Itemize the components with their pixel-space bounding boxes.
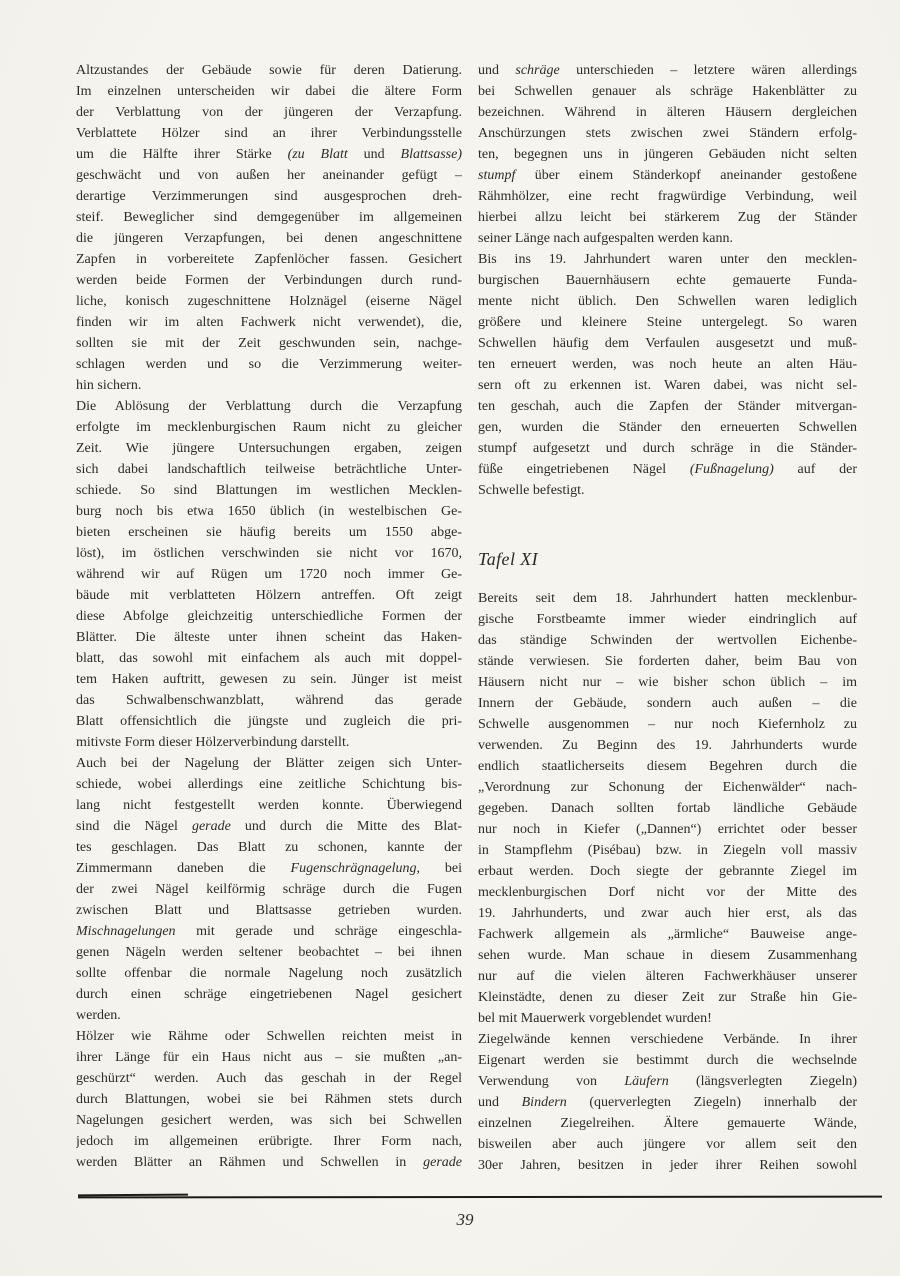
- body-text: erbaut werden. Doch siegte der gebrannte…: [478, 864, 857, 879]
- text-line: nur auf die vielen älteren Fachwerkhäuse…: [478, 966, 857, 987]
- body-text: sich dabei landschaftlich teilweise betr…: [76, 462, 462, 477]
- text-line: und Bindern (querverlegten Ziegeln) inne…: [478, 1092, 857, 1113]
- text-line: Zimmermann daneben die Fugenschrägnagelu…: [76, 858, 462, 879]
- text-line: steif. Beweglicher sind demgegenüber im …: [76, 207, 462, 228]
- body-text: bel mit Mauerwerk vorgeblendet wurden!: [478, 1011, 712, 1026]
- body-text: ten erneuert werden, was noch heute an a…: [478, 357, 857, 372]
- text-line: nur noch in Kiefer („Dannen“) errichtet …: [478, 819, 857, 840]
- paragraph: Altzustandes der Gebäude sowie für deren…: [76, 60, 462, 396]
- body-text: einzelnen Ziegelreihen. Ältere gemauerte…: [478, 1116, 857, 1131]
- body-text: das ständige Schwinden der wertvollen Ei…: [478, 633, 857, 648]
- text-line: Häusern nicht nur – wie bisher schon übl…: [478, 672, 857, 693]
- body-text: sehen wurde. Man schaue in diesem Zusamm…: [478, 948, 857, 963]
- body-text: burgischen Bauernhäusern echte gemauerte…: [478, 273, 857, 288]
- body-text: sind die Nägel: [76, 819, 192, 834]
- text-line: sollte offenbar die normale Nagelung noc…: [76, 963, 462, 984]
- body-text: Rähmhölzer, eine recht fragwürdige Verbi…: [478, 189, 857, 204]
- body-text: Bis ins 19. Jahrhundert waren unter den …: [478, 252, 857, 267]
- text-line: „Verordnung zur Schonung der Eichenwälde…: [478, 777, 857, 798]
- text-line: burg noch bis etwa 1650 üblich (in weste…: [76, 501, 462, 522]
- body-text: nur auf die vielen älteren Fachwerkhäuse…: [478, 969, 857, 984]
- text-line: das ständige Schwinden der wertvollen Ei…: [478, 630, 857, 651]
- body-text: Im einzelnen unterscheiden wir dabei die…: [76, 84, 462, 99]
- text-line: burgischen Bauernhäusern echte gemauerte…: [478, 270, 857, 291]
- body-text: Schwelle befestigt.: [478, 483, 585, 498]
- body-text: sollte offenbar die normale Nagelung noc…: [76, 966, 462, 981]
- text-line: Mischnagelungen mit gerade und schräge e…: [76, 921, 462, 942]
- body-text: bäude mit verblatteten Hölzern antreffen…: [76, 588, 462, 603]
- text-line: werden.: [76, 1005, 462, 1026]
- text-line: Zeit. Wie jüngere Untersuchungen ergaben…: [76, 438, 462, 459]
- paragraph: Hölzer wie Rähme oder Schwellen reichten…: [76, 1026, 462, 1173]
- paragraph: Ziegelwände kennen verschiedene Verbände…: [478, 1029, 857, 1176]
- text-line: stände verwiesen. Sie forderten daher, b…: [478, 651, 857, 672]
- body-text: ten geschah, auch die Zapfen der Ständer…: [478, 399, 857, 414]
- body-text: Ziegelwände kennen verschiedene Verbände…: [478, 1032, 857, 1047]
- body-text: über einem Ständerkopf aneinander gestoß…: [515, 168, 857, 183]
- text-line: werden Blätter an Rähmen und Schwellen i…: [76, 1152, 462, 1173]
- text-line: Ziegelwände kennen verschiedene Verbände…: [478, 1029, 857, 1050]
- page-number: 39: [430, 1210, 500, 1230]
- text-line: löst), im östlichen verschwinden sie nic…: [76, 543, 462, 564]
- body-text: schlagen werden und so die Verzimmerung …: [76, 357, 462, 372]
- body-text: gische Forstbeamte immer wieder eindring…: [478, 612, 857, 627]
- text-line: sollten sie mit der Zeit geschwunden sei…: [76, 333, 462, 354]
- body-text: gegeben. Danach sollten fortab ländliche…: [478, 801, 857, 816]
- body-text: Kleinstädte, denen zu dieser Zeit zur St…: [478, 990, 857, 1005]
- body-text: schiede, wobei allerdings eine zeitliche…: [76, 777, 462, 792]
- text-line: Schwelle befestigt.: [478, 480, 857, 501]
- text-line: 19. Jahrhunderts, und zwar auch hier ers…: [478, 903, 857, 924]
- body-text: das Schwalbenschwanzblatt, während das g…: [76, 693, 462, 708]
- text-line: der zwei Nägel keilförmig schräge durch …: [76, 879, 462, 900]
- text-line: Anschürzungen stets zwischen zwei Stände…: [478, 123, 857, 144]
- text-line: sehen wurde. Man schaue in diesem Zusamm…: [478, 945, 857, 966]
- body-text: steif. Beweglicher sind demgegenüber im …: [76, 210, 462, 225]
- right-column: und schräge unterschieden – letztere wär…: [478, 60, 857, 1176]
- body-text: und: [348, 147, 401, 162]
- text-line: sern oft zu erkennen ist. Waren dabei, w…: [478, 375, 857, 396]
- left-column: Altzustandes der Gebäude sowie für deren…: [76, 60, 462, 1173]
- body-text: die jüngeren Verzapfungen, bei denen ang…: [76, 231, 462, 246]
- body-text: Schwellen häufig dem Verfaulen ausgesetz…: [478, 336, 857, 351]
- body-text: 19. Jahrhunderts, und zwar auch hier ers…: [478, 906, 857, 921]
- text-line: diese Abfolge gleichzeitig unterschiedli…: [76, 606, 462, 627]
- text-line: blatt, das sowohl mit einfachem als auch…: [76, 648, 462, 669]
- italic-text: Läufern: [624, 1074, 668, 1089]
- text-line: in Stampflehm (Pisébau) bzw. in Ziegeln …: [478, 840, 857, 861]
- text-line: mitivste Form dieser Hölzerverbindung da…: [76, 732, 462, 753]
- text-line: stumpf über einem Ständerkopf aneinander…: [478, 165, 857, 186]
- paragraph: Bereits seit dem 18. Jahrhundert hatten …: [478, 588, 857, 1029]
- text-line: bäude mit verblatteten Hölzern antreffen…: [76, 585, 462, 606]
- text-line: hin sichern.: [76, 375, 462, 396]
- italic-text: (zu Blatt: [288, 147, 348, 162]
- body-text: Häusern nicht nur – wie bisher schon übl…: [478, 675, 857, 690]
- body-text: bei Schwellen genauer als schräge Hakenb…: [478, 84, 857, 99]
- text-line: Eigenart werden sie bestimmt durch die w…: [478, 1050, 857, 1071]
- text-line: gen, wurden die Ständer den erneuerten S…: [478, 417, 857, 438]
- italic-text: Fugenschrägnagelung: [291, 861, 417, 876]
- body-text: sern oft zu erkennen ist. Waren dabei, w…: [478, 378, 857, 393]
- text-line: schiede. So sind Blattungen im westliche…: [76, 480, 462, 501]
- text-line: Schwelle ausgenommen – nur noch Kiefernh…: [478, 714, 857, 735]
- body-text: derartige Verzimmerungen sind ausgesproc…: [76, 189, 462, 204]
- body-text: tes geschlagen. Das Blatt zu schonen, ka…: [76, 840, 462, 855]
- paragraph: Bis ins 19. Jahrhundert waren unter den …: [478, 249, 857, 501]
- paragraph: und schräge unterschieden – letztere wär…: [478, 60, 857, 249]
- body-text: genen Nägeln werden seltener beobachtet …: [76, 945, 462, 960]
- body-text: (längsverlegten Ziegeln): [669, 1074, 857, 1089]
- text-line: gische Forstbeamte immer wieder eindring…: [478, 609, 857, 630]
- text-line: jedoch im allgemeinen erübrigte. Ihrer F…: [76, 1131, 462, 1152]
- body-text: löst), im östlichen verschwinden sie nic…: [76, 546, 462, 561]
- body-text: bezeichnen. Während in älteren Häusern d…: [478, 105, 857, 120]
- body-text: Auch bei der Nagelung der Blätter zeigen…: [76, 756, 462, 771]
- text-line: endlich staatlicherseits diesem Begehren…: [478, 756, 857, 777]
- text-line: werden beide Formen der Verbindungen dur…: [76, 270, 462, 291]
- text-line: ten, begegnen uns in jüngeren Gebäuden n…: [478, 144, 857, 165]
- text-line: Zapfen in vorbereitete Zapfenlöcher fass…: [76, 249, 462, 270]
- body-text: 30er Jahren, besitzen in jeder ihrer Rei…: [478, 1158, 857, 1173]
- body-text: Nagelungen gesichert werden, was sich be…: [76, 1113, 462, 1128]
- italic-text: Mischnagelungen: [76, 924, 176, 939]
- body-text: Verblattete Hölzer sind an ihrer Verbind…: [76, 126, 462, 141]
- text-line: füße eingetriebenen Nägel (Fußnagelung) …: [478, 459, 857, 480]
- body-text: auf der: [774, 462, 857, 477]
- body-text: Schwelle ausgenommen – nur noch Kiefernh…: [478, 717, 857, 732]
- text-line: das Schwalbenschwanzblatt, während das g…: [76, 690, 462, 711]
- italic-text: stumpf: [478, 168, 515, 183]
- body-text: mente nicht üblich. Den Schwellen waren …: [478, 294, 857, 309]
- body-text: Zeit. Wie jüngere Untersuchungen ergaben…: [76, 441, 462, 456]
- text-line: Blätter. Die älteste unter ihnen scheint…: [76, 627, 462, 648]
- body-text: Altzustandes der Gebäude sowie für deren…: [76, 63, 462, 78]
- text-line: sich dabei landschaftlich teilweise betr…: [76, 459, 462, 480]
- text-line: Innern der Gebäude, sondern auch außen –…: [478, 693, 857, 714]
- text-line: bel mit Mauerwerk vorgeblendet wurden!: [478, 1008, 857, 1029]
- text-line: gegeben. Danach sollten fortab ländliche…: [478, 798, 857, 819]
- body-text: zwischen Blatt und Blattsasse getrieben …: [76, 903, 462, 918]
- text-line: tes geschlagen. Das Blatt zu schonen, ka…: [76, 837, 462, 858]
- body-text: werden Blätter an Rähmen und Schwellen i…: [76, 1155, 423, 1170]
- paragraph: Auch bei der Nagelung der Blätter zeigen…: [76, 753, 462, 1026]
- text-line: ten erneuert werden, was noch heute an a…: [478, 354, 857, 375]
- body-text: schiede. So sind Blattungen im westliche…: [76, 483, 462, 498]
- body-text: füße eingetriebenen Nägel: [478, 462, 690, 477]
- body-text: durch Blattungen, wobei sie bei Rähmen s…: [76, 1092, 462, 1107]
- body-text: werden beide Formen der Verbindungen dur…: [76, 273, 462, 288]
- body-text: um die Hälfte ihrer Stärke: [76, 147, 288, 162]
- body-text: werden.: [76, 1008, 121, 1023]
- body-text: mecklenburgischen Dorf nicht vor der Mit…: [478, 885, 857, 900]
- body-text: unterschieden – letztere wären allerding…: [560, 63, 857, 78]
- italic-text: Bindern: [522, 1095, 567, 1110]
- body-text: geschürzt“ werden. Auch das geschah in d…: [76, 1071, 462, 1086]
- body-text: finden wir im alten Fachwerk nicht verwe…: [76, 315, 462, 330]
- body-text: Eigenart werden sie bestimmt durch die w…: [478, 1053, 857, 1068]
- text-line: sind die Nägel gerade und durch die Mitt…: [76, 816, 462, 837]
- body-text: und: [478, 63, 515, 78]
- text-line: Auch bei der Nagelung der Blätter zeigen…: [76, 753, 462, 774]
- text-line: mente nicht üblich. Den Schwellen waren …: [478, 291, 857, 312]
- body-text: geschwächt und von außen her aneinander …: [76, 168, 462, 183]
- body-text: der zwei Nägel keilförmig schräge durch …: [76, 882, 462, 897]
- body-text: mit gerade und schräge eingeschla-: [176, 924, 462, 939]
- book-page: Altzustandes der Gebäude sowie für deren…: [0, 0, 900, 1276]
- text-line: liche, konisch zugeschnittene Holznägel …: [76, 291, 462, 312]
- text-line: ihrer Länge für ein Haus nicht aus – sie…: [76, 1047, 462, 1068]
- text-line: stumpf aufgesetzt und durch schräge in d…: [478, 438, 857, 459]
- body-text: liche, konisch zugeschnittene Holznägel …: [76, 294, 462, 309]
- text-line: Schwellen häufig dem Verfaulen ausgesetz…: [478, 333, 857, 354]
- body-text: hin sichern.: [76, 378, 141, 393]
- text-line: während wir auf Rügen um 1720 noch immer…: [76, 564, 462, 585]
- text-line: Verwendung von Läufern (längsverlegten Z…: [478, 1071, 857, 1092]
- text-line: bei Schwellen genauer als schräge Hakenb…: [478, 81, 857, 102]
- body-text: (querverlegten Ziegeln) innerhalb der: [567, 1095, 857, 1110]
- text-line: verwenden. Zu Beginn des 19. Jahrhundert…: [478, 735, 857, 756]
- text-line: Kleinstädte, denen zu dieser Zeit zur St…: [478, 987, 857, 1008]
- footer-rule: [78, 1196, 882, 1199]
- text-line: Nagelungen gesichert werden, was sich be…: [76, 1110, 462, 1131]
- text-line: hierbei allzu leicht bei stärkerem Zug d…: [478, 207, 857, 228]
- body-text: ihrer Länge für ein Haus nicht aus – sie…: [76, 1050, 462, 1065]
- body-text: verwenden. Zu Beginn des 19. Jahrhundert…: [478, 738, 857, 753]
- text-line: geschwächt und von außen her aneinander …: [76, 165, 462, 186]
- text-line: größere und kleinere Steine untergelegt.…: [478, 312, 857, 333]
- body-text: Blatt offensichtlich die jüngste und zug…: [76, 714, 462, 729]
- body-text: bieten erscheinen sie häufig bereits um …: [76, 525, 462, 540]
- body-text: stände verwiesen. Sie forderten daher, b…: [478, 654, 857, 669]
- paragraph: Die Ablösung der Verblattung durch die V…: [76, 396, 462, 753]
- body-text: größere und kleinere Steine untergelegt.…: [478, 315, 857, 330]
- body-text: Zimmermann daneben die: [76, 861, 291, 876]
- text-line: erfolgte im mecklenburgischen Raum nicht…: [76, 417, 462, 438]
- body-text: , bei: [417, 861, 462, 876]
- body-text: jedoch im allgemeinen erübrigte. Ihrer F…: [76, 1134, 462, 1149]
- body-text: hierbei allzu leicht bei stärkerem Zug d…: [478, 210, 857, 225]
- body-text: Hölzer wie Rähme oder Schwellen reichten…: [76, 1029, 462, 1044]
- body-text: Die Ablösung der Verblattung durch die V…: [76, 399, 462, 414]
- text-line: die jüngeren Verzapfungen, bei denen ang…: [76, 228, 462, 249]
- body-text: Blätter. Die älteste unter ihnen scheint…: [76, 630, 462, 645]
- body-text: ten, begegnen uns in jüngeren Gebäuden n…: [478, 147, 857, 162]
- italic-text: (Fußnagelung): [690, 462, 774, 477]
- text-line: Hölzer wie Rähme oder Schwellen reichten…: [76, 1026, 462, 1047]
- italic-text: gerade: [192, 819, 231, 834]
- body-text: Bereits seit dem 18. Jahrhundert hatten …: [478, 591, 857, 606]
- body-text: „Verordnung zur Schonung der Eichenwälde…: [478, 780, 857, 795]
- section-heading: Tafel XI: [478, 546, 857, 572]
- body-text: burg noch bis etwa 1650 üblich (in weste…: [76, 504, 462, 519]
- body-text: tem Haken auftritt, gewesen zu sein. Jün…: [76, 672, 462, 687]
- text-line: Rähmhölzer, eine recht fragwürdige Verbi…: [478, 186, 857, 207]
- body-text: bisweilen aber auch jüngere vor allem se…: [478, 1137, 857, 1152]
- text-line: bisweilen aber auch jüngere vor allem se…: [478, 1134, 857, 1155]
- body-text: Zapfen in vorbereitete Zapfenlöcher fass…: [76, 252, 462, 267]
- body-text: endlich staatlicherseits diesem Begehren…: [478, 759, 857, 774]
- body-text: erfolgte im mecklenburgischen Raum nicht…: [76, 420, 462, 435]
- text-line: Bereits seit dem 18. Jahrhundert hatten …: [478, 588, 857, 609]
- text-line: seiner Länge nach aufgespalten werden ka…: [478, 228, 857, 249]
- body-text: und durch die Mitte des Blat-: [231, 819, 462, 834]
- text-line: finden wir im alten Fachwerk nicht verwe…: [76, 312, 462, 333]
- body-text: Fachwerk allgemein als „ärmliche“ Bauwei…: [478, 927, 857, 942]
- text-line: durch Blattungen, wobei sie bei Rähmen s…: [76, 1089, 462, 1110]
- text-line: geschürzt“ werden. Auch das geschah in d…: [76, 1068, 462, 1089]
- text-line: Fachwerk allgemein als „ärmliche“ Bauwei…: [478, 924, 857, 945]
- text-line: einzelnen Ziegelreihen. Ältere gemauerte…: [478, 1113, 857, 1134]
- body-text: stumpf aufgesetzt und durch schräge in d…: [478, 441, 857, 456]
- text-line: ten geschah, auch die Zapfen der Ständer…: [478, 396, 857, 417]
- text-line: schlagen werden und so die Verzimmerung …: [76, 354, 462, 375]
- text-line: mecklenburgischen Dorf nicht vor der Mit…: [478, 882, 857, 903]
- text-line: und schräge unterschieden – letztere wär…: [478, 60, 857, 81]
- text-line: bezeichnen. Während in älteren Häusern d…: [478, 102, 857, 123]
- text-line: derartige Verzimmerungen sind ausgesproc…: [76, 186, 462, 207]
- text-line: Im einzelnen unterscheiden wir dabei die…: [76, 81, 462, 102]
- body-text: gen, wurden die Ständer den erneuerten S…: [478, 420, 857, 435]
- text-line: bieten erscheinen sie häufig bereits um …: [76, 522, 462, 543]
- text-line: der Verblattung von der jüngeren der Ver…: [76, 102, 462, 123]
- body-text: Innern der Gebäude, sondern auch außen –…: [478, 696, 857, 711]
- body-text: sollten sie mit der Zeit geschwunden sei…: [76, 336, 462, 351]
- body-text: nur noch in Kiefer („Dannen“) errichtet …: [478, 822, 857, 837]
- italic-text: gerade: [423, 1155, 462, 1170]
- body-text: diese Abfolge gleichzeitig unterschiedli…: [76, 609, 462, 624]
- body-text: der Verblattung von der jüngeren der Ver…: [76, 105, 462, 120]
- text-line: zwischen Blatt und Blattsasse getrieben …: [76, 900, 462, 921]
- text-line: durch einen schräge eingetriebenen Nagel…: [76, 984, 462, 1005]
- body-text: lang nicht festgestellt werden konnte. Ü…: [76, 798, 462, 813]
- text-line: 30er Jahren, besitzen in jeder ihrer Rei…: [478, 1155, 857, 1176]
- body-text: blatt, das sowohl mit einfachem als auch…: [76, 651, 462, 666]
- body-text: Anschürzungen stets zwischen zwei Stände…: [478, 126, 857, 141]
- text-line: Verblattete Hölzer sind an ihrer Verbind…: [76, 123, 462, 144]
- text-line: schiede, wobei allerdings eine zeitliche…: [76, 774, 462, 795]
- text-line: genen Nägeln werden seltener beobachtet …: [76, 942, 462, 963]
- text-line: Blatt offensichtlich die jüngste und zug…: [76, 711, 462, 732]
- text-line: Bis ins 19. Jahrhundert waren unter den …: [478, 249, 857, 270]
- text-line: Altzustandes der Gebäude sowie für deren…: [76, 60, 462, 81]
- text-line: um die Hälfte ihrer Stärke (zu Blatt und…: [76, 144, 462, 165]
- body-text: in Stampflehm (Pisébau) bzw. in Ziegeln …: [478, 843, 857, 858]
- body-text: mitivste Form dieser Hölzerverbindung da…: [76, 735, 349, 750]
- text-line: lang nicht festgestellt werden konnte. Ü…: [76, 795, 462, 816]
- italic-text: Blattsasse): [401, 147, 462, 162]
- text-line: Die Ablösung der Verblattung durch die V…: [76, 396, 462, 417]
- body-text: während wir auf Rügen um 1720 noch immer…: [76, 567, 462, 582]
- body-text: und: [478, 1095, 522, 1110]
- body-text: durch einen schräge eingetriebenen Nagel…: [76, 987, 462, 1002]
- text-line: erbaut werden. Doch siegte der gebrannte…: [478, 861, 857, 882]
- text-line: tem Haken auftritt, gewesen zu sein. Jün…: [76, 669, 462, 690]
- body-text: Verwendung von: [478, 1074, 624, 1089]
- italic-text: schräge: [515, 63, 559, 78]
- body-text: seiner Länge nach aufgespalten werden ka…: [478, 231, 733, 246]
